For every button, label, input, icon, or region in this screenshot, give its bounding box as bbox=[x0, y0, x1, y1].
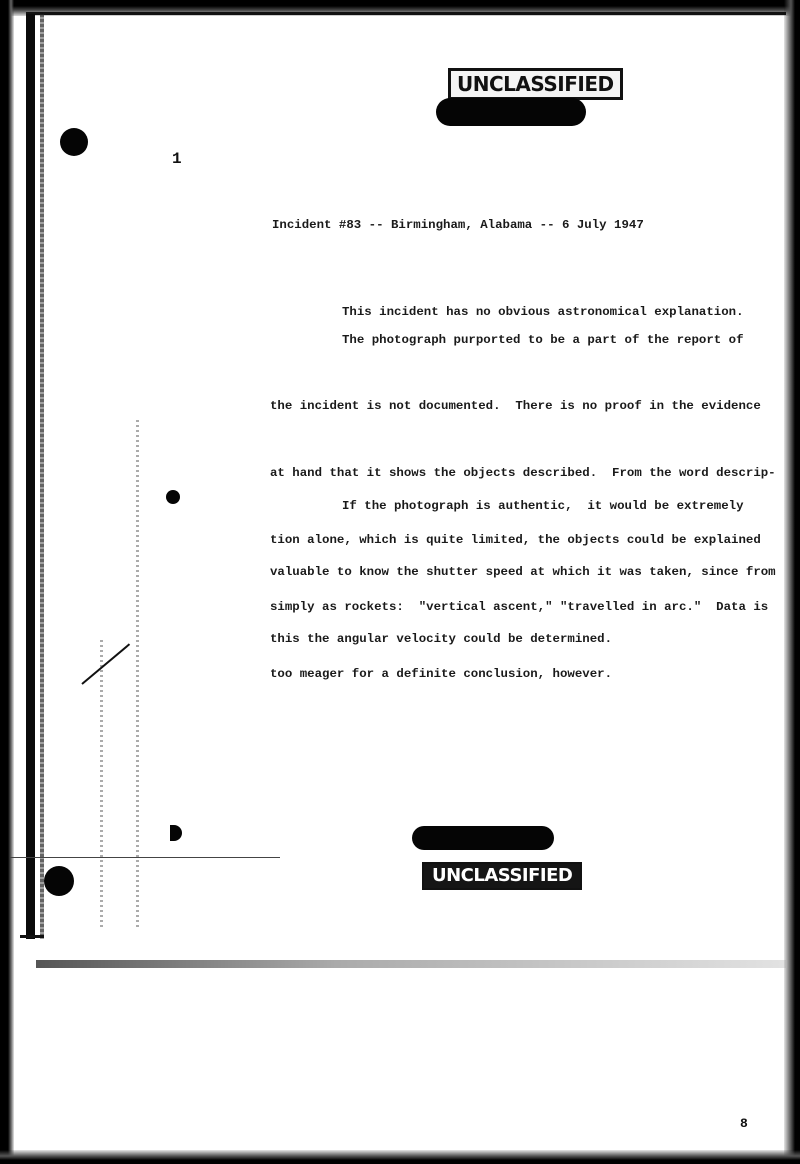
scan-border-right bbox=[784, 0, 800, 1164]
margin-noise bbox=[136, 420, 139, 930]
paragraph-3: If the photograph is authentic, it would… bbox=[270, 450, 776, 673]
paragraph-line: this the angular velocity could be deter… bbox=[270, 628, 776, 650]
page-marker: 1 bbox=[172, 150, 182, 168]
scan-border-bottom bbox=[0, 1150, 800, 1164]
margin-noise bbox=[100, 640, 103, 930]
punch-hole bbox=[170, 825, 182, 841]
paragraph-line: The photograph purported to be a part of… bbox=[270, 329, 776, 351]
binder-bar bbox=[26, 14, 35, 939]
footer-mark: 8 bbox=[740, 1116, 748, 1131]
margin-rule bbox=[10, 857, 280, 858]
paragraph-line: If the photograph is authentic, it would… bbox=[270, 495, 776, 517]
paragraph-line: valuable to know the shutter speed at wh… bbox=[270, 561, 776, 583]
binder-foot bbox=[20, 935, 44, 938]
binder-bar-inner bbox=[40, 14, 44, 939]
page-top-edge bbox=[26, 12, 786, 15]
redaction-bottom bbox=[412, 826, 554, 850]
punch-hole bbox=[166, 490, 180, 504]
scan-border-left bbox=[0, 0, 14, 1164]
incident-heading: Incident #83 -- Birmingham, Alabama -- 6… bbox=[272, 214, 644, 236]
paragraph-line: the incident is not documented. There is… bbox=[270, 395, 776, 417]
punch-hole bbox=[44, 866, 74, 896]
pencil-stroke bbox=[81, 643, 130, 684]
redaction-top bbox=[436, 98, 586, 126]
punch-hole bbox=[60, 128, 88, 156]
page-bottom-edge bbox=[36, 960, 786, 968]
classification-stamp-bottom: UNCLASSIFIED bbox=[422, 862, 582, 890]
classification-stamp-top: UNCLASSIFIED bbox=[448, 68, 623, 100]
